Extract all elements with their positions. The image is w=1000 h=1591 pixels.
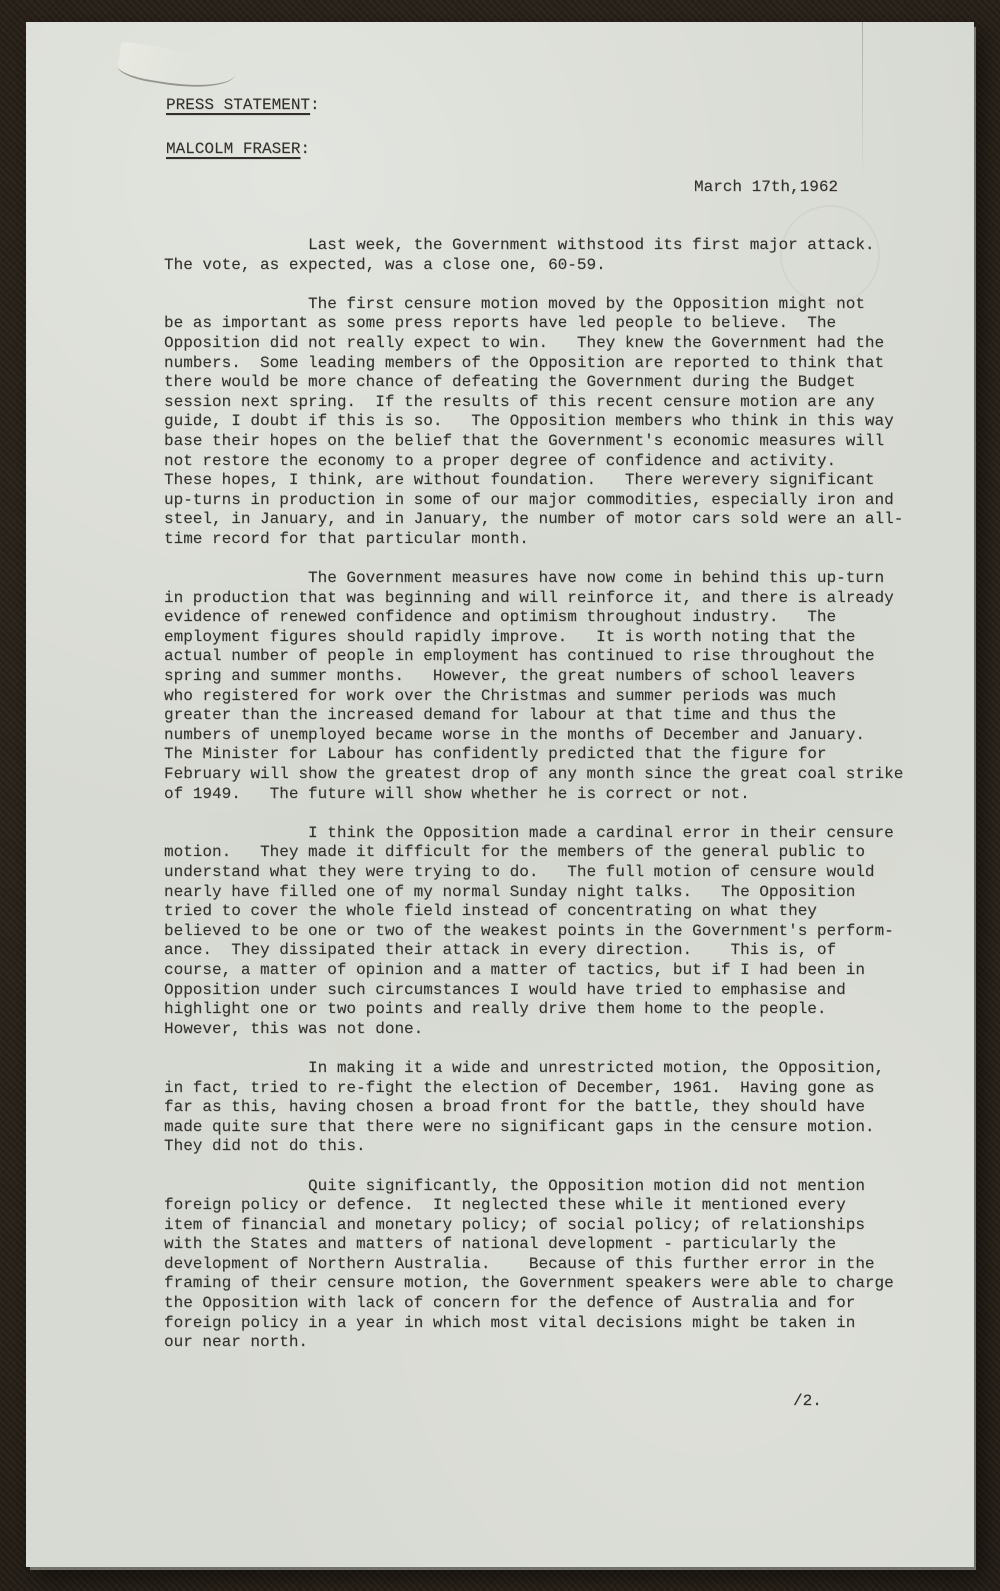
doc-body: Last week, the Government withstood its … [164,236,964,1353]
paragraph-6: Quite significantly, the Opposition moti… [164,1177,964,1353]
doc-heading: PRESS STATEMENT: [166,96,320,116]
doc-heading-colon: : [310,96,320,114]
page-number: /2. [793,1392,822,1412]
doc-author-colon: : [300,140,310,158]
doc-author: MALCOLM FRASER: [166,140,310,160]
paper-tear-mark [116,41,238,95]
paragraph-2: The first censure motion moved by the Op… [164,295,964,550]
paragraph-1: Last week, the Government withstood its … [164,236,964,275]
doc-heading-text: PRESS STATEMENT [166,96,310,114]
paper-crease [862,22,863,182]
scanned-document: PRESS STATEMENT: MALCOLM FRASER: March 1… [0,0,1000,1591]
doc-author-text: MALCOLM FRASER [166,140,300,158]
document-page: PRESS STATEMENT: MALCOLM FRASER: March 1… [26,22,974,1567]
paragraph-4: I think the Opposition made a cardinal e… [164,824,964,1040]
paragraph-3: The Government measures have now come in… [164,569,964,804]
paragraph-5: In making it a wide and unrestricted mot… [164,1059,964,1157]
doc-date: March 17th,1962 [694,178,838,198]
